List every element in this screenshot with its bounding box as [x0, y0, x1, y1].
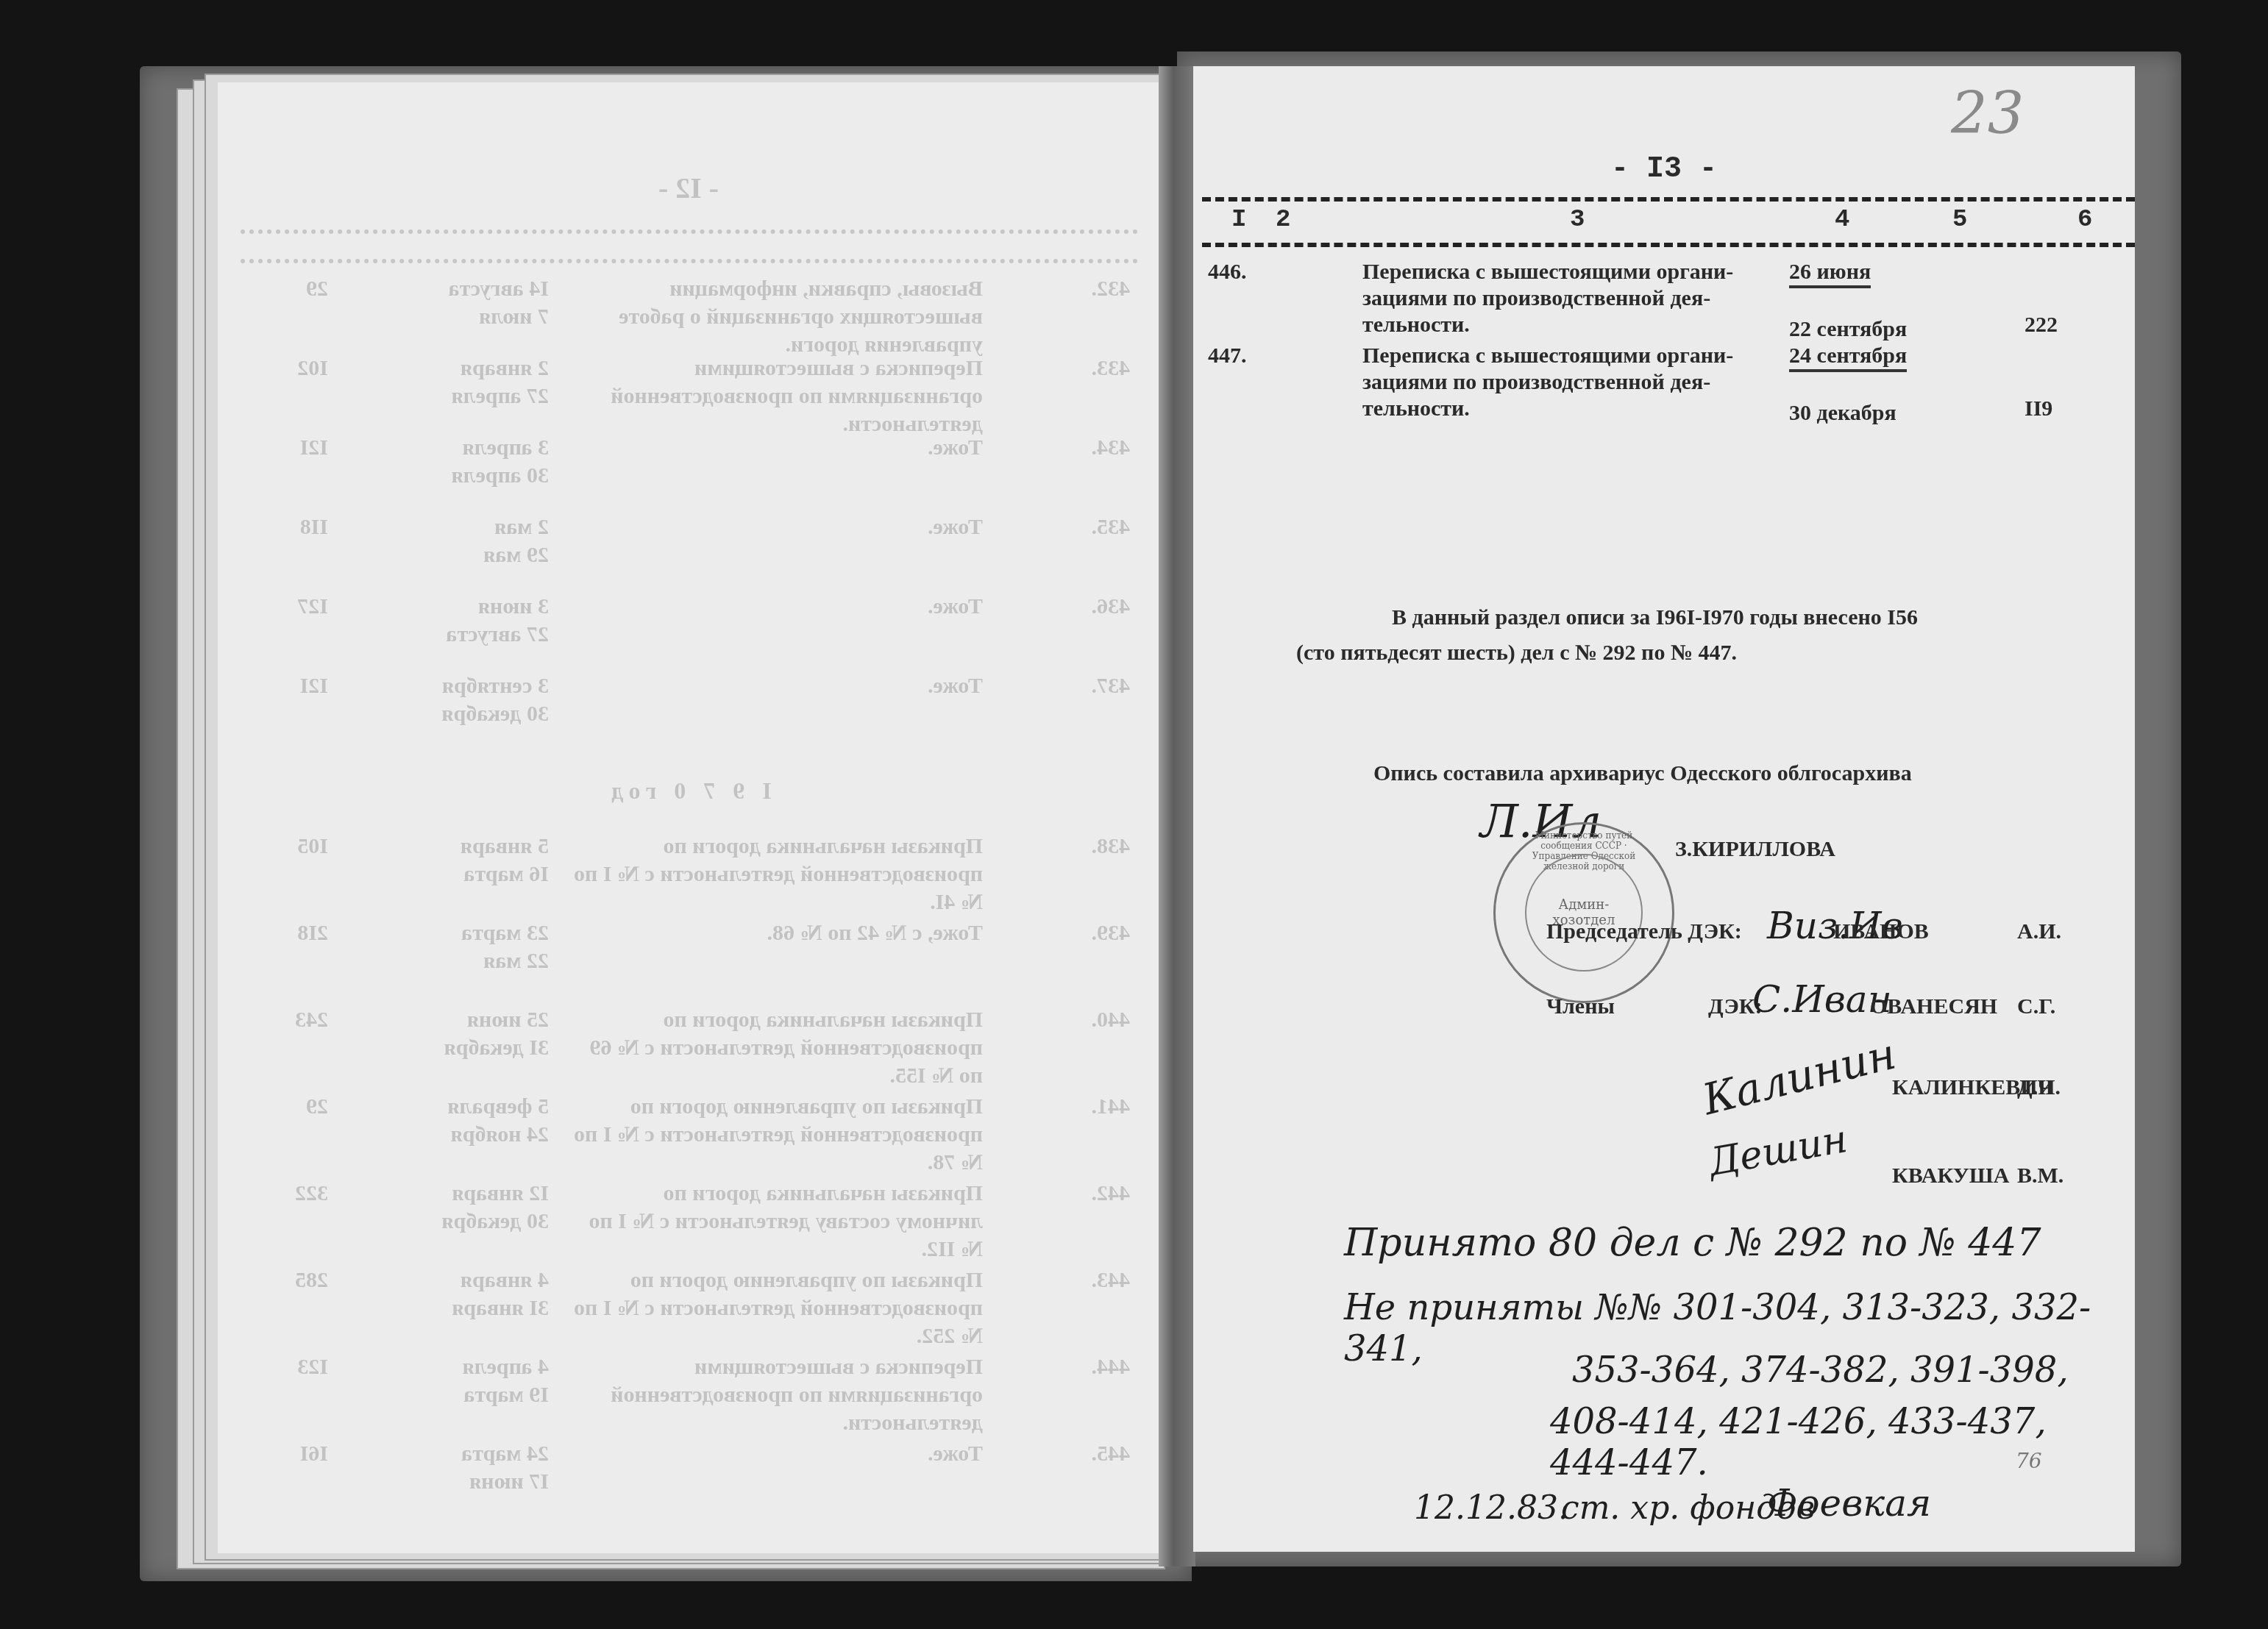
summary-note: В данный раздел описи за I96I-I970 годы … — [1296, 600, 2076, 671]
row-dates: 24 сентября30 декабря — [1789, 343, 1995, 427]
handwritten-signature: Фоевкая — [1767, 1482, 1931, 1525]
row-sheet-count: II9 — [2025, 396, 2052, 422]
header-rule-bottom — [1202, 243, 2135, 247]
compiled-by: Опись составила архивариус Одесского обл… — [1373, 756, 1912, 791]
left-page: - I2 - 432.Вызовы, справки, информации в… — [218, 82, 1159, 1553]
member-signature: Калинин — [1698, 1029, 1901, 1125]
members-label: Члены — [1546, 994, 1615, 1019]
column-header: 3 — [1570, 206, 1585, 234]
row-dates: 26 июня22 сентября — [1789, 259, 1995, 343]
page-number: - I2 - — [218, 171, 1159, 205]
date-from: 26 июня — [1789, 259, 1871, 288]
handwritten-date: 12.12.83. — [1414, 1489, 1568, 1527]
member-initials: Д.И. — [2017, 1075, 2061, 1100]
date-from: 24 сентября — [1789, 343, 1907, 372]
column-header: 5 — [1952, 206, 1967, 234]
date-to: 30 декабря — [1789, 400, 1995, 427]
year-heading: I 9 7 0 год — [218, 777, 1159, 805]
right-page: 23 - I3 - I 2 3 4 5 6 446. Переписка с в… — [1193, 66, 2135, 1552]
row-number: 446. — [1208, 259, 1247, 285]
table-header: I 2 3 4 5 6 — [1202, 197, 2135, 256]
header-rule — [240, 229, 1137, 234]
official-stamp: Министерство путей сообщения СССР · Упра… — [1493, 822, 1674, 1003]
handwritten-not-accepted-2: 353-364, 374-382, 391-398, — [1572, 1350, 2069, 1391]
book-gutter — [1159, 66, 1195, 1566]
member-name: КВАКУША — [1892, 1163, 2009, 1188]
row-number: 447. — [1208, 343, 1247, 369]
header-rule-top — [1202, 197, 2135, 202]
compiler-name: З.КИРИЛЛОВА — [1675, 837, 1835, 862]
chair-label: Председатель ДЭК: — [1546, 919, 1742, 944]
column-header: 6 — [2077, 206, 2092, 234]
row-title: Переписка с вышестоящими органи-зациями … — [1362, 259, 1774, 338]
column-header: I — [1231, 206, 1246, 234]
date-to: 22 сентября — [1789, 316, 1995, 343]
column-header: 2 — [1276, 206, 1290, 234]
member-initials: С.Г. — [2017, 994, 2055, 1019]
member-name: ОВАНЕСЯН — [1870, 994, 1997, 1019]
handwritten-accepted: Принято 80 дел с № 292 по № 447 — [1344, 1221, 2041, 1265]
member-signature: Дешин — [1705, 1117, 1851, 1185]
header-rule — [240, 259, 1137, 263]
row-title: Переписка с вышестоящими органи-зациями … — [1362, 343, 1774, 422]
archive-sheet-number: 23 — [1951, 81, 2024, 147]
handwritten-total-not-accepted: 76 — [2016, 1449, 2042, 1473]
stamp-center: Админ- хозотдел — [1525, 854, 1643, 972]
member-initials: В.М. — [2017, 1163, 2063, 1188]
handwritten-not-accepted-3: 408-414, 421-426, 433-437, 444-447. — [1550, 1401, 2135, 1483]
row-sheet-count: 222 — [2025, 312, 2058, 338]
column-header: 4 — [1835, 206, 1849, 234]
page-number: - I3 - — [1193, 153, 2135, 186]
chair-name: ИВАНОВ — [1833, 919, 1929, 944]
left-page-bleed-through: - I2 - 432.Вызовы, справки, информации в… — [218, 82, 1159, 1553]
chair-initials: А.И. — [2017, 919, 2061, 944]
